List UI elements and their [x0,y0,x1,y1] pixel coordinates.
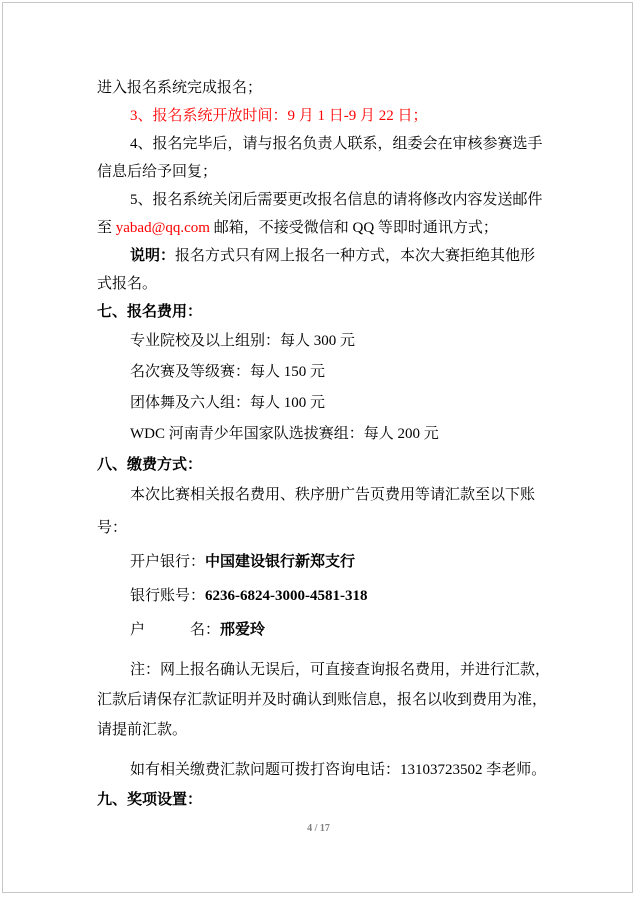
email-address: yabad@qq.com [116,220,210,236]
account-holder-value: 邢爱玲 [220,622,265,638]
payment-note-line1: 注：网上报名确认无误后，可直接查询报名费用，并进行汇款， [97,655,632,685]
contact-phone-line: 如有相关缴费汇款问题可拨打咨询电话：13103723502 李老师。 [97,755,632,785]
bank-account-label: 银行账号： [130,588,205,604]
payment-note-line3: 请提前汇款。 [97,715,632,745]
item4-line2: 信息后给予回复； [97,158,632,186]
fee-item: WDC 河南青少年国家队选拔赛组：每人 200 元 [97,419,632,450]
bank-account-value: 6236-6824-3000-4581-318 [205,588,367,604]
item5-line2-prefix: 至 [97,220,116,236]
document-page: 进入报名系统完成报名； 3、报名系统开放时间：9 月 1 日-9 月 22 日；… [2,2,633,893]
section7-heading: 七、报名费用： [97,298,632,326]
payment-note-line2: 汇款后请保存汇款证明并及时确认到账信息，报名以收到费用为准， [97,685,632,715]
page-number: 4 / 17 [3,823,633,835]
bank-name-label: 开户银行： [130,554,205,570]
fee-item: 团体舞及六人组：每人 100 元 [97,388,632,419]
section8-heading: 八、缴费方式： [97,451,632,479]
item5-line1: 5、报名系统关闭后需要更改报名信息的请将修改内容发送邮件 [97,186,632,214]
payment-intro-line2: 号： [97,512,632,545]
paragraph-continuation-line: 进入报名系统完成报名； [97,74,632,102]
item5-line2: 至 yabad@qq.com 邮箱，不接受微信和 QQ 等即时通讯方式； [97,214,632,242]
note-text: 报名方式只有网上报名一种方式，本次大赛拒绝其他形 [175,248,535,264]
bank-account-row: 银行账号：6236-6824-3000-4581-318 [97,579,632,613]
account-holder-label: 户 名： [130,622,220,638]
fee-item: 名次赛及等级赛：每人 150 元 [97,357,632,388]
note-line2: 式报名。 [97,270,632,298]
account-holder-row: 户 名：邢爱玲 [97,613,632,647]
item5-line2-suffix: 邮箱，不接受微信和 QQ 等即时通讯方式； [210,220,498,236]
bank-name-row: 开户银行：中国建设银行新郑支行 [97,545,632,579]
note-line1: 说明：报名方式只有网上报名一种方式，本次大赛拒绝其他形 [97,242,632,270]
payment-intro-line1: 本次比赛相关报名费用、秩序册广告页费用等请汇款至以下账 [97,479,632,512]
bank-name-value: 中国建设银行新郑支行 [205,554,355,570]
fee-item: 专业院校及以上组别：每人 300 元 [97,326,632,357]
note-label: 说明： [130,248,175,264]
item4-line1: 4、报名完毕后，请与报名负责人联系，组委会在审核参赛选手 [97,130,632,158]
registration-open-dates-line: 3、报名系统开放时间：9 月 1 日-9 月 22 日； [97,102,632,130]
section9-heading: 九、奖项设置： [97,785,632,815]
